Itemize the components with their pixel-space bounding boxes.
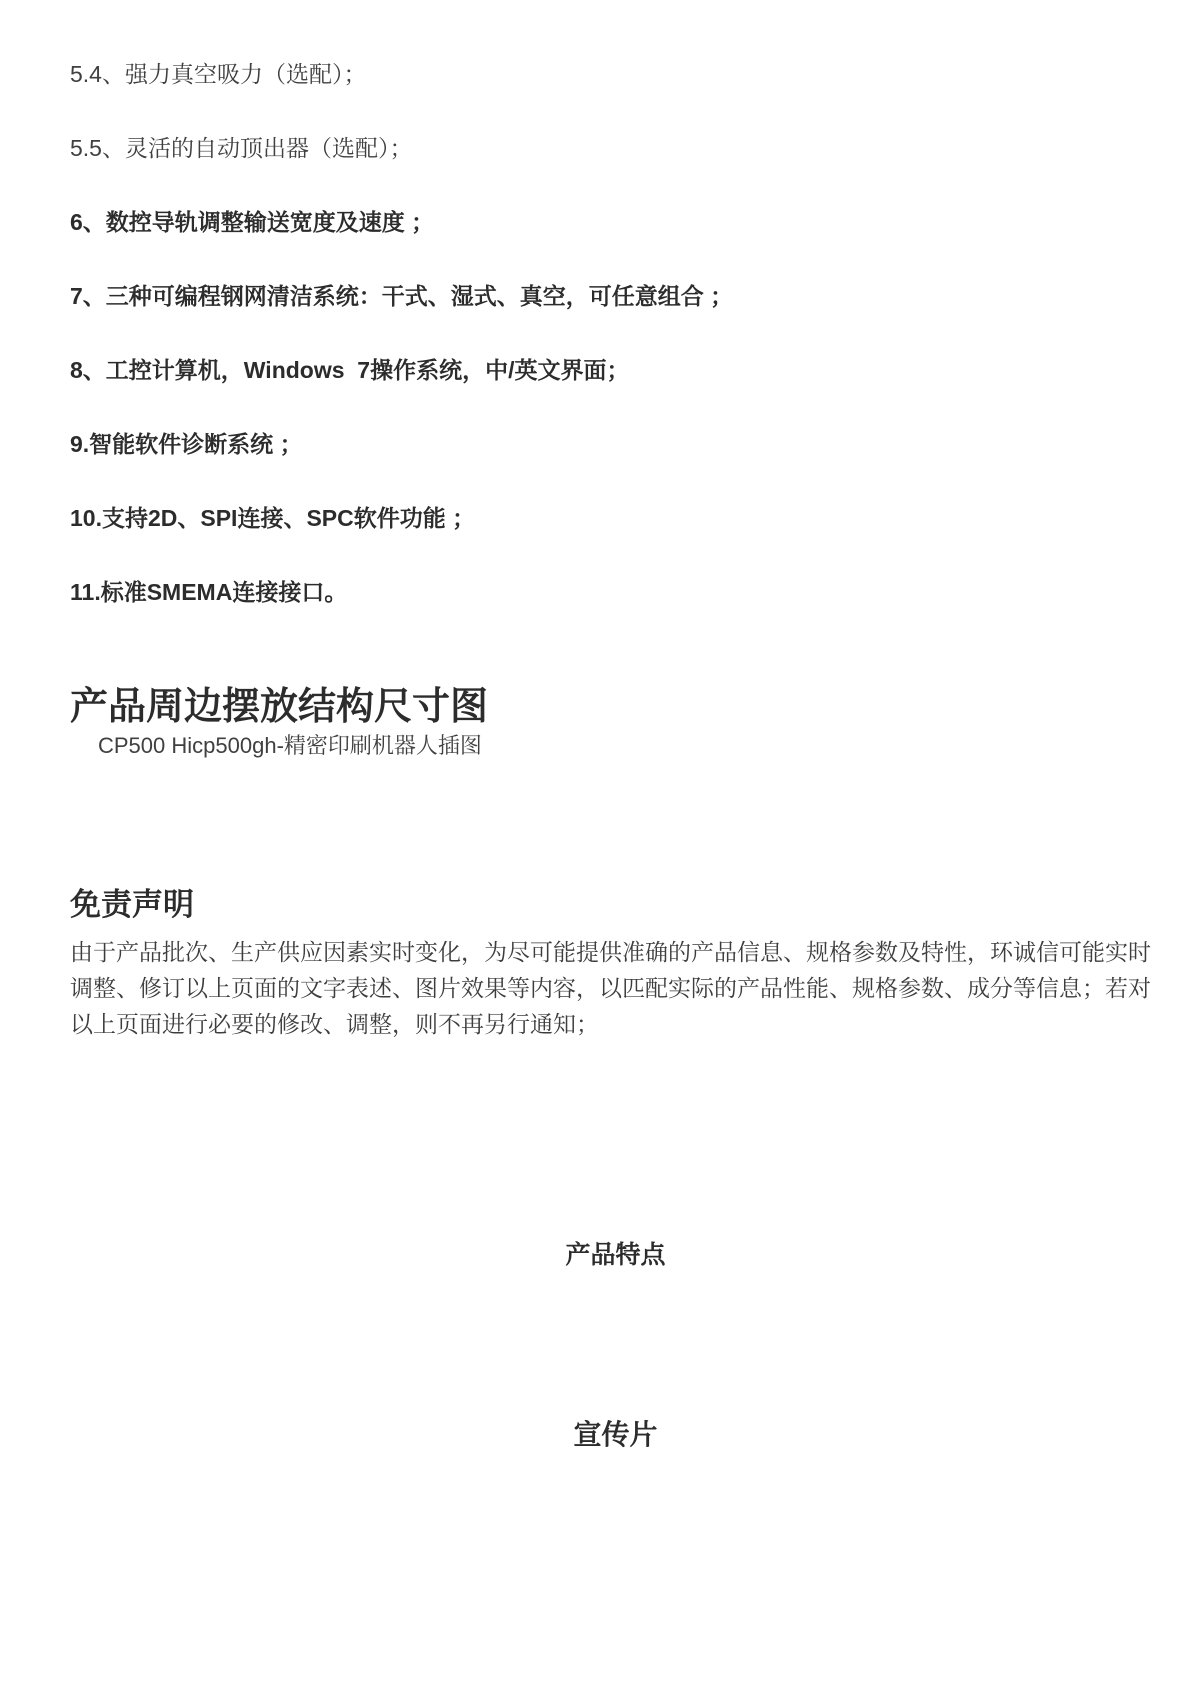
section-title-disclaimer: 免责声明 — [70, 886, 1161, 924]
list-item: 6、数控导轨调整输送宽度及速度 ； — [70, 210, 1161, 234]
list-item: 11.标准SMEMA连接接口。 — [70, 580, 1161, 604]
feature-list: 5.4、强力真空吸力（选配）； 5.5、灵活的自动顶出器（选配）； 6、数控导轨… — [70, 0, 1161, 604]
section-title-promo-video: 宣传片 — [88, 1418, 1143, 1452]
product-document-page: 5.4、强力真空吸力（选配）； 5.5、灵活的自动顶出器（选配）； 6、数控导轨… — [0, 0, 1191, 1684]
section-title-dimension-diagram: 产品周边摆放结构尺寸图 — [70, 685, 1161, 729]
list-item: 5.4、强力真空吸力（选配）； — [70, 62, 1161, 86]
list-item: 7、三种可编程钢网清洁系统：干式、湿式、真空，可任意组合 ； — [70, 284, 1161, 308]
list-item: 8、工控计算机，Windows 7操作系统，中/英文界面； — [70, 358, 1161, 382]
list-item: 9.智能软件诊断系统 ； — [70, 432, 1161, 456]
list-item: 10.支持2D、SPI连接、SPC软件功能 ； — [70, 506, 1161, 530]
image-caption: CP500 Hicp500gh-精密印刷机器人插图 — [98, 734, 1161, 758]
disclaimer-text: 由于产品批次、生产供应因素实时变化，为尽可能提供准确的产品信息、规格参数及特性，… — [70, 934, 1165, 1042]
list-item: 5.5、灵活的自动顶出器（选配）； — [70, 136, 1161, 160]
section-title-product-features: 产品特点 — [88, 1240, 1143, 1270]
